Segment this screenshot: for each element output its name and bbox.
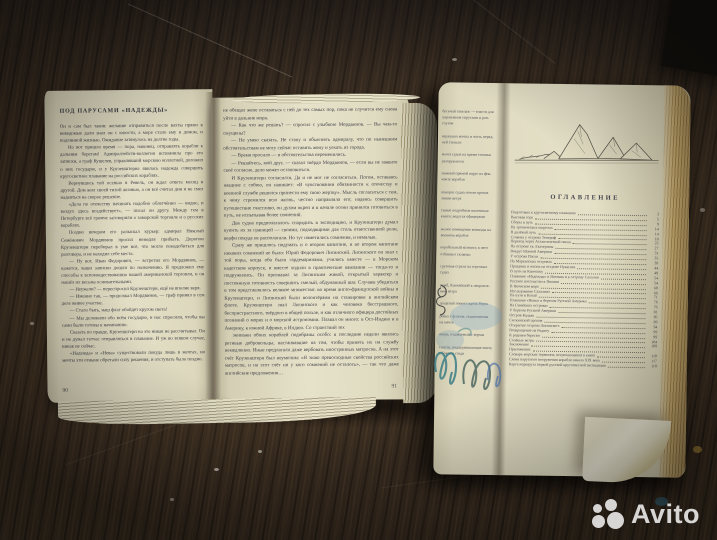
dot-leader — [608, 367, 645, 369]
avito-watermark-text: Avito — [631, 498, 700, 530]
book-right-page: не обещал жене оставаться с ней до тех с… — [211, 96, 411, 400]
paint-speck-white — [700, 208, 705, 212]
pen-scribbles — [430, 288, 526, 398]
mountain-range-illustration — [512, 115, 663, 173]
curled-page-corner — [582, 417, 671, 485]
right-page-text: не обещал жене оставаться с ней до тех с… — [223, 106, 399, 377]
wood-scratch — [445, 0, 556, 64]
paint-speck-white — [170, 498, 174, 501]
left-page-text: Он и сам был таков: желание отправиться … — [60, 122, 206, 365]
book-gutter-shadow — [205, 92, 221, 402]
paint-speck-white — [30, 322, 34, 325]
book-left-page: ПОД ПАРУСАМИ «НАДЕЖДЫ» Он и сам был тако… — [44, 89, 215, 403]
paint-speck-white — [452, 58, 457, 61]
paint-speck-white — [214, 468, 219, 471]
contents-heading: ОГЛАВЛЕНИЕ — [511, 193, 659, 202]
yellowed-page-edges — [659, 85, 690, 477]
avito-logo-icon — [592, 498, 624, 530]
book-back-pages: бегучий такелаж — снасти для управления … — [433, 82, 690, 477]
contents-entry: Карта маршрута первой русской кругосветн… — [509, 362, 657, 369]
page-number-91: 91 — [391, 383, 397, 389]
contents-page: ОГЛАВЛЕНИЕ Подготовка к кругосветному пл… — [507, 101, 660, 467]
wood-scratch — [128, 3, 293, 77]
dark-object-top-right — [660, 0, 717, 85]
paint-speck-yellow — [693, 446, 702, 453]
contents-list: Подготовка к кругосветному плаванию 3 Вы… — [509, 210, 659, 369]
page-number-90: 90 — [62, 388, 68, 394]
avito-watermark: Avito — [592, 498, 700, 530]
photo-of-book-on-table: ПОД ПАРУСАМИ «НАДЕЖДЫ» Он и сам был тако… — [0, 0, 717, 540]
paint-speck-white — [258, 450, 262, 453]
running-head: ПОД ПАРУСАМИ «НАДЕЖДЫ» — [60, 107, 203, 114]
